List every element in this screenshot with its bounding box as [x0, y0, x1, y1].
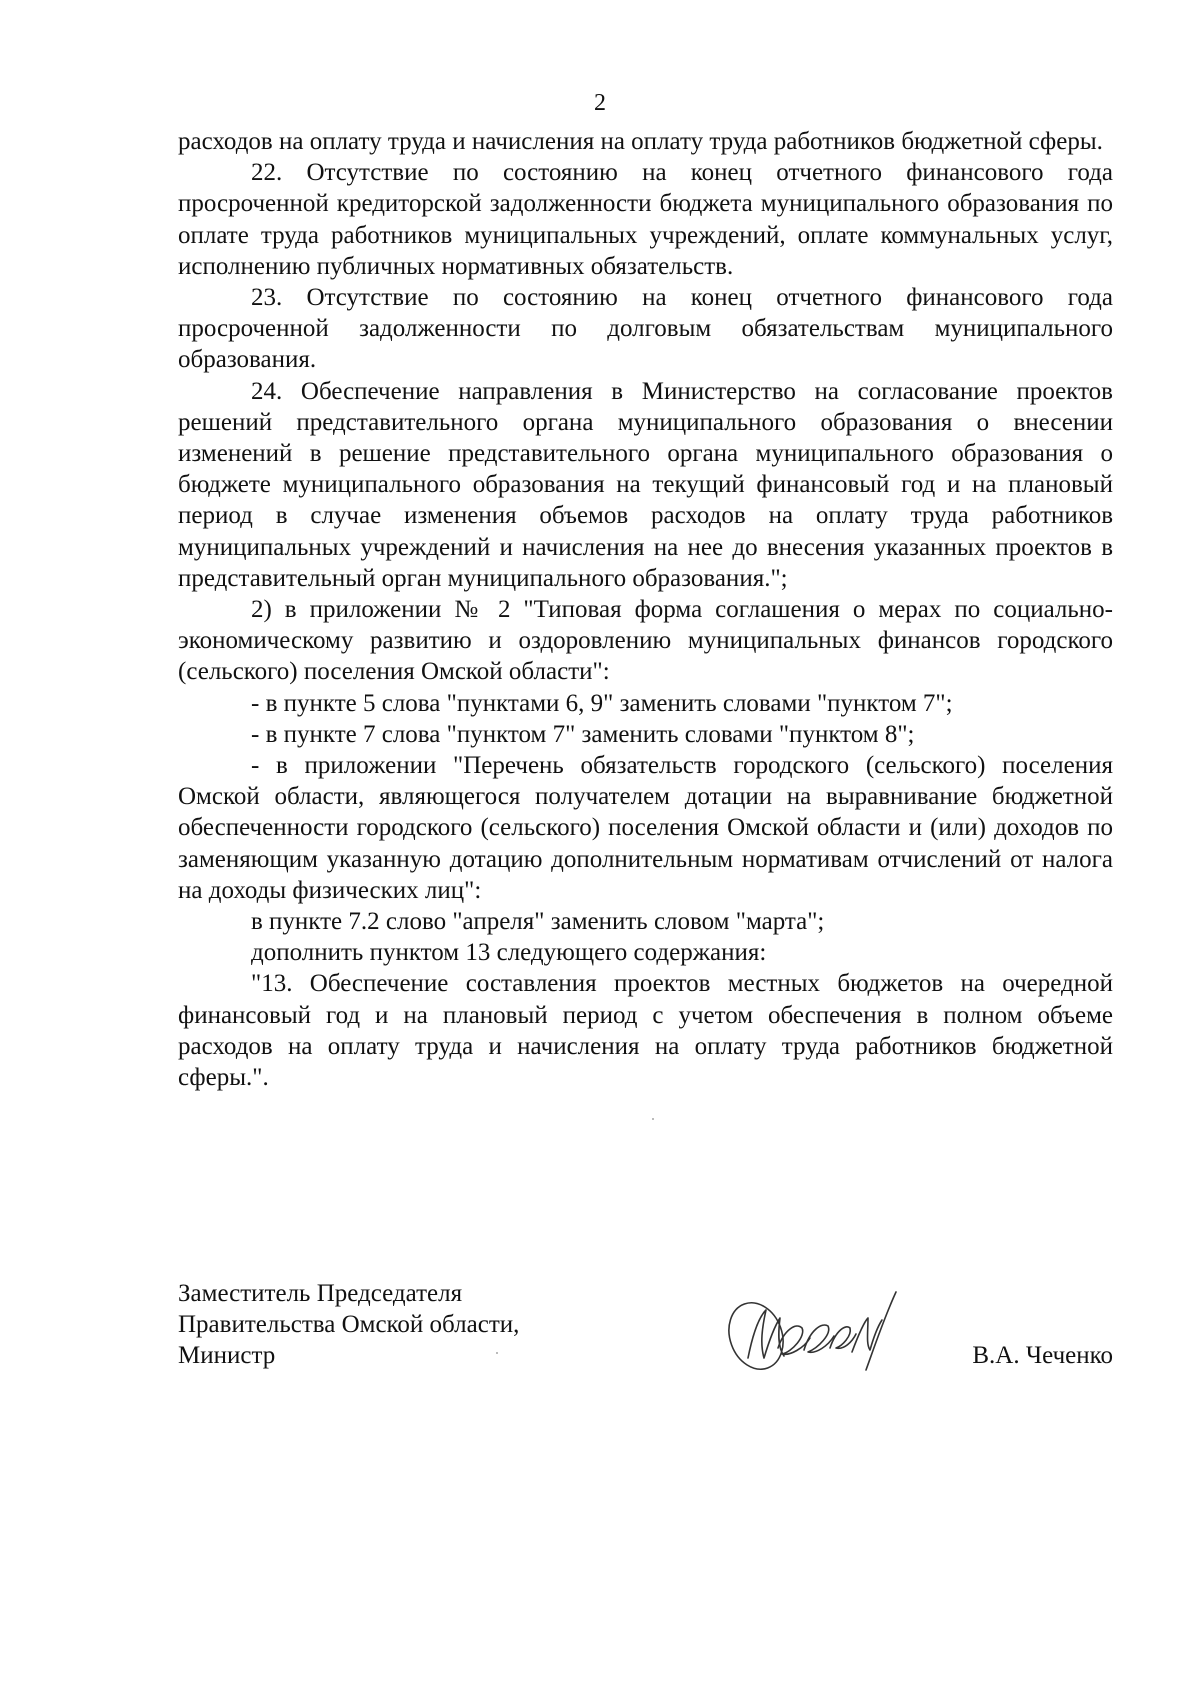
- signatory-name: В.А. Чеченко: [972, 1340, 1113, 1371]
- handwritten-signature-icon: [718, 1278, 898, 1388]
- paragraph-dash-point-5: - в пункте 5 слова "пунктами 6, 9" замен…: [178, 688, 1113, 719]
- paragraph-item-24: 24. Обеспечение направления в Министерст…: [178, 376, 1113, 594]
- signatory-title-line: Заместитель Председателя: [178, 1278, 1113, 1309]
- paragraph-subitem-2: 2) в приложении № 2 "Типовая форма согла…: [178, 594, 1113, 688]
- scan-artifact: [652, 1118, 654, 1120]
- paragraph-item-23: 23. Отсутствие по состоянию на конец отч…: [178, 282, 1113, 376]
- paragraph-item-22: 22. Отсутствие по состоянию на конец отч…: [178, 157, 1113, 282]
- paragraph-point-7-2: в пункте 7.2 слово "апреля" заменить сло…: [178, 906, 1113, 937]
- document-body: расходов на оплату труда и начисления на…: [178, 126, 1113, 1093]
- paragraph-add-point-13: дополнить пунктом 13 следующего содержан…: [178, 937, 1113, 968]
- page-number: 2: [0, 88, 1200, 118]
- signature-block: Заместитель Председателя Правительства О…: [178, 1278, 1113, 1372]
- signatory-title-line: Правительства Омской области,: [178, 1309, 1113, 1340]
- paragraph-dash-point-7: - в пункте 7 слова "пунктом 7" заменить …: [178, 719, 1113, 750]
- document-page: 2 расходов на оплату труда и начисления …: [0, 0, 1200, 1697]
- paragraph-continuation: расходов на оплату труда и начисления на…: [178, 126, 1113, 157]
- paragraph-dash-appendix: - в приложении "Перечень обязательств го…: [178, 750, 1113, 906]
- paragraph-item-13: "13. Обеспечение составления проектов ме…: [178, 968, 1113, 1093]
